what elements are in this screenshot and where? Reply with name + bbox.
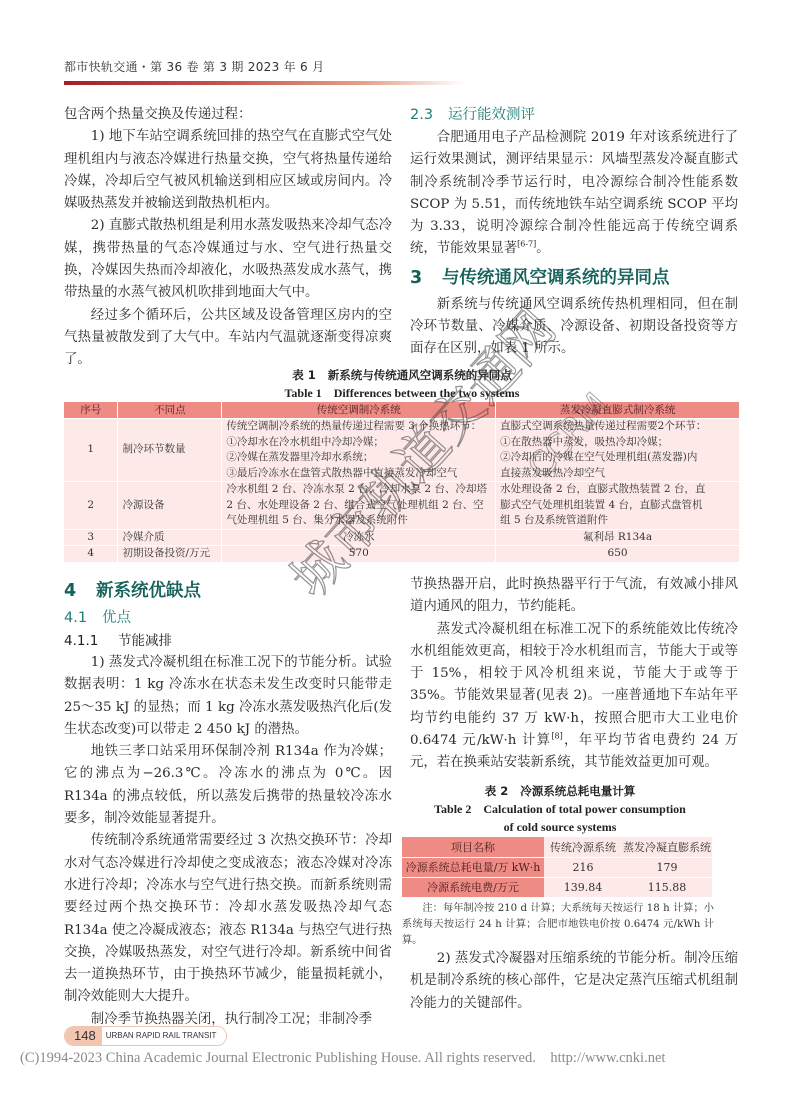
section-number: 3 (410, 264, 442, 292)
section-heading-3: 3与传统通风空调系统的异同点 (410, 264, 738, 292)
caption-title: 冷源系统总耗电量计算 (520, 784, 635, 798)
caption-label: Table 2 (434, 802, 471, 816)
left-column-bottom: 4新系统优缺点 4.1优点 4.1.1节能减排 1) 蒸发式冷凝机组在标准工况下… (64, 574, 392, 1031)
cell-no: 2 (64, 482, 118, 530)
cell-new: 650 (496, 546, 740, 562)
table-header-row: 序号 不同点 传统空调制冷系统 蒸发冷凝直膨式制冷系统 (64, 402, 740, 419)
copyright-notice: (C)1994-2023 China Academic Journal Elec… (20, 1050, 780, 1067)
cell-traditional: 传统空调制冷系统的热量传递过程需要 3 个换热环节： ①冷却水在冷水机组中冷却冷… (222, 419, 496, 482)
cell-line: 气处理机组 5 台、集分水器及系统附件 (226, 513, 491, 529)
row-label: 冷源系统电费/万元 (402, 877, 544, 897)
column-header: 传统冷源系统 (544, 837, 622, 857)
right-column-bottom: 节换热器开启，此时换热器平行于气流，有效减小排风道内通风的阻力，节约能耗。 蒸发… (410, 574, 738, 775)
section-title: 运行能效测评 (448, 107, 535, 123)
table2-caption-en-line2: of cold source systems (410, 818, 710, 836)
paragraph: 1) 地下车站空调系统回排的热空气在直膨式空气处理机组内与液态冷媒进行热量交换，… (64, 126, 392, 215)
section-title: 新系统优缺点 (96, 581, 201, 601)
cell-new: 179 (622, 857, 712, 877)
paragraph: 经过多个循环后，公共区域及设备管理区房内的空气热量被散发到了大气中。车站内气温就… (64, 305, 392, 372)
citation: [8] (551, 732, 562, 741)
cell-line: 水处理设备 2 台，直膨式散热装置 2 台，直 (500, 482, 735, 498)
cell-no: 3 (64, 529, 118, 546)
cell-traditional: 139.84 (544, 877, 622, 897)
table2: 项目名称 传统冷源系统 蒸发冷凝直膨系统 冷源系统总耗电量/万 kW·h 216… (402, 837, 712, 898)
table-row: 4 初期设备投资/万元 570 650 (64, 546, 740, 562)
paragraph: 1) 蒸发式冷凝机组在标准工况下的节能分析。试验数据表明：1 kg 冷冻水在状态… (64, 652, 392, 741)
cell-line: 膨式空气处理机组装置 4 台，直膨式盘管机 (500, 498, 735, 514)
caption-title: 新系统与传统通风空调系统的异同点 (328, 368, 512, 382)
paragraph: 传统制冷系统通常需要经过 3 次热交换环节：冷却水对气态冷媒进行冷却使之变成液态… (64, 830, 392, 1008)
cell-line: 直膨式空调系统热量传递过程需要2个环节： (500, 419, 735, 435)
cell-line: 传统空调制冷系统的热量传递过程需要 3 个换热环节： (226, 419, 491, 435)
cell-new: 水处理设备 2 台，直膨式散热装置 2 台，直 膨式空气处理机组装置 4 台，直… (496, 482, 740, 530)
paragraph: 2) 直膨式散热机组是利用水蒸发吸热来冷却气态冷媒，携带热量的气态冷媒通过与水、… (64, 215, 392, 304)
cell-item: 冷媒介质 (118, 529, 222, 546)
table-row: 1 制冷环节数量 传统空调制冷系统的热量传递过程需要 3 个换热环节： ①冷却水… (64, 419, 740, 482)
column-header: 序号 (64, 402, 118, 419)
cell-item: 制冷环节数量 (118, 419, 222, 482)
paragraph-after-table2: 2) 蒸发式冷凝器对压缩系统的节能分析。制冷压缩机是制冷系统的核心部件，它是决定… (410, 948, 738, 1015)
table2-caption-cn: 表 2冷源系统总耗电量计算 (410, 782, 710, 800)
table-row: 3 冷媒介质 冷冻水 氟利昂 R134a (64, 529, 740, 546)
paragraph: 蒸发式冷凝机组在标准工况下的系统能效比传统冷水机组能效更高，相较于冷水机组而言，… (410, 619, 738, 775)
cell-line: 直接蒸发吸热冷却空气 (500, 466, 735, 482)
table2-caption: 表 2冷源系统总耗电量计算 Table 2Calculation of tota… (410, 782, 710, 836)
left-column-top: 包含两个热量交换及传递过程： 1) 地下车站空调系统回排的热空气在直膨式空气处理… (64, 104, 392, 372)
caption-label: Table 1 (285, 386, 322, 400)
running-header: 都市快轨交通・第 36 卷 第 3 期 2023 年 6 月 (64, 58, 744, 85)
citation: [6-7] (517, 240, 536, 249)
section-number: 4 (64, 577, 96, 605)
cell-no: 4 (64, 546, 118, 562)
table-row: 冷源系统总耗电量/万 kW·h 216 179 (402, 857, 712, 877)
section-heading-4-1-1: 4.1.1节能减排 (64, 630, 392, 652)
cell-new: 氟利昂 R134a (496, 529, 740, 546)
paragraph: 地铁三孝口站采用环保制冷剂 R134a 作为冷媒；它的沸点为−26.3℃。冷冻水… (64, 741, 392, 830)
table1-caption: 表 1新系统与传统通风空调系统的异同点 Table 1Differences b… (64, 366, 740, 402)
column-header: 蒸发冷凝直膨系统 (622, 837, 712, 857)
paragraph-text: 。 (536, 241, 549, 256)
column-header: 项目名称 (402, 837, 544, 857)
cell-line: 冷水机组 2 台、冷冻水泵 2 台、冷却水泵 2 台、冷却塔 (226, 482, 491, 498)
journal-running-title: 都市快轨交通・第 36 卷 第 3 期 2023 年 6 月 (64, 58, 744, 75)
cell-line: 2 台、水处理设备 2 台、组合式空气处理机组 2 台、空 (226, 498, 491, 514)
section-title: 节能减排 (118, 633, 172, 649)
caption-title: Differences between the two systems (334, 386, 520, 400)
paragraph-text: 蒸发式冷凝机组在标准工况下的系统能效比传统冷水机组能效更高，相较于冷水机组而言，… (410, 622, 738, 748)
cell-new: 直膨式空调系统热量传递过程需要2个环节： ①在散热器中蒸发，吸热冷却冷媒； ②冷… (496, 419, 740, 482)
cell-item: 初期设备投资/万元 (118, 546, 222, 562)
cell-new: 115.88 (622, 877, 712, 897)
section-title: 优点 (102, 610, 131, 626)
cell-traditional: 570 (222, 546, 496, 562)
caption-label: 表 1 (292, 368, 316, 382)
paragraph-text: 合肥通用电子产品检测院 2019 年对该系统进行了运行效果测试，测评结果显示：风… (410, 130, 738, 256)
row-label: 冷源系统总耗电量/万 kW·h (402, 857, 544, 877)
cell-traditional: 216 (544, 857, 622, 877)
column-header: 传统空调制冷系统 (222, 402, 496, 419)
cell-traditional: 冷冻水 (222, 529, 496, 546)
cell-line: ②冷媒在蒸发器里冷却水系统； (226, 450, 491, 466)
table1-caption-en: Table 1Differences between the two syste… (64, 384, 740, 402)
table-row: 2 冷源设备 冷水机组 2 台、冷冻水泵 2 台、冷却水泵 2 台、冷却塔 2 … (64, 482, 740, 530)
cell-line: ①在散热器中蒸发，吸热冷却冷媒； (500, 435, 735, 451)
column-header: 蒸发冷凝直膨式制冷系统 (496, 402, 740, 419)
cell-item: 冷源设备 (118, 482, 222, 530)
caption-title: Calculation of total power consumption (483, 802, 685, 816)
cell-line: ②冷却后的冷媒在空气处理机组(蒸发器)内 (500, 450, 735, 466)
column-header: 不同点 (118, 402, 222, 419)
section-number: 4.1.1 (64, 630, 118, 652)
header-accent-bar (64, 81, 464, 85)
table-header-row: 项目名称 传统冷源系统 蒸发冷凝直膨系统 (402, 837, 712, 857)
paragraph: 包含两个热量交换及传递过程： (64, 104, 392, 126)
page-badge: 148 URBAN RAPID RAIL TRANSIT (64, 1026, 227, 1046)
table-row: 冷源系统电费/万元 139.84 115.88 (402, 877, 712, 897)
paragraph: 新系统与传统通风空调系统传热机理相同，但在制冷环节数量、冷媒介质、冷源设备、初期… (410, 294, 738, 361)
section-heading-2-3: 2.3运行能效测评 (410, 104, 738, 127)
journal-name-en: URBAN RAPID RAIL TRANSIT (102, 1026, 227, 1046)
page-number: 148 (65, 1026, 102, 1046)
cell-traditional: 冷水机组 2 台、冷冻水泵 2 台、冷却水泵 2 台、冷却塔 2 台、水处理设备… (222, 482, 496, 530)
cell-line: ③最后冷冻水在盘管式散热器中直接蒸发冷却空气 (226, 466, 491, 482)
section-title: 与传统通风空调系统的异同点 (442, 268, 670, 288)
table2-caption-en: Table 2Calculation of total power consum… (410, 800, 710, 818)
cell-line: 组 5 台及系统管道附件 (500, 513, 735, 529)
paragraph: 2) 蒸发式冷凝器对压缩系统的节能分析。制冷压缩机是制冷系统的核心部件，它是决定… (410, 948, 738, 1015)
right-column-top: 2.3运行能效测评 合肥通用电子产品检测院 2019 年对该系统进行了运行效果测… (410, 104, 738, 361)
paragraph: 节换热器开启，此时换热器平行于气流，有效减小排风道内通风的阻力，节约能耗。 (410, 574, 738, 619)
section-heading-4-1: 4.1优点 (64, 607, 392, 630)
cell-no: 1 (64, 419, 118, 482)
table1-caption-cn: 表 1新系统与传统通风空调系统的异同点 (64, 366, 740, 384)
section-number: 2.3 (410, 104, 448, 127)
paragraph: 合肥通用电子产品检测院 2019 年对该系统进行了运行效果测试，测评结果显示：风… (410, 127, 738, 261)
section-heading-4: 4新系统优缺点 (64, 577, 392, 605)
cell-line: ①冷却水在冷水机组中冷却冷媒； (226, 435, 491, 451)
table2-note: 注：每年制冷按 210 d 计算；大系统每天按运行 18 h 计算；小系统每天按… (402, 901, 714, 949)
caption-label: 表 2 (485, 784, 509, 798)
section-number: 4.1 (64, 607, 102, 630)
table1: 序号 不同点 传统空调制冷系统 蒸发冷凝直膨式制冷系统 1 制冷环节数量 传统空… (64, 402, 740, 562)
